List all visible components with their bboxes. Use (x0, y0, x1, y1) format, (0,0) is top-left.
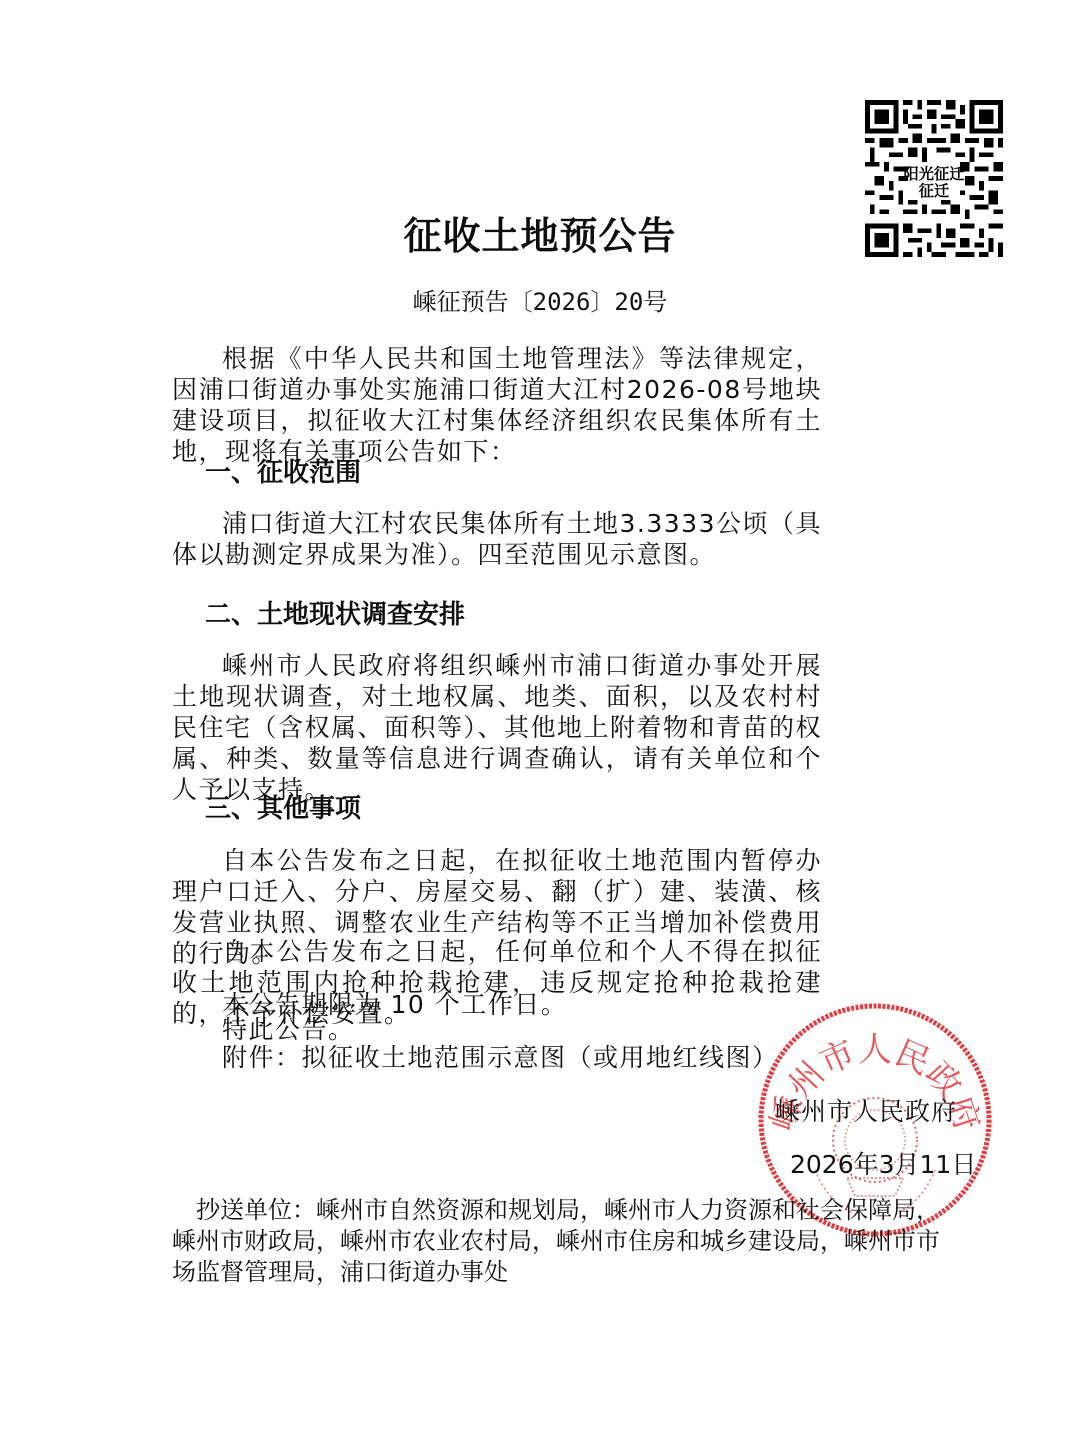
cc-recipients: 抄送单位：嵊州市自然资源和规划局，嵊州市人力资源和社会保障局，嵊州市财政局，嵊州… (172, 1195, 952, 1288)
section-heading-other: 三、其他事项 (205, 788, 361, 825)
survey-paragraph: 嵊州市人民政府将组织嵊州市浦口街道办事处开展土地现状调查，对土地权属、地类、面积… (172, 650, 822, 805)
intro-paragraph: 根据《中华人民共和国土地管理法》等法律规定，因浦口街道办事处实施浦口街道大江村2… (172, 343, 822, 467)
issuer-name: 嵊州市人民政府 (775, 1092, 957, 1128)
issue-date: 2026年3月11日 (790, 1145, 976, 1181)
page-title: 征收土地预公告 (0, 205, 1080, 260)
svg-text:征迁: 征迁 (919, 182, 950, 200)
document-number: 嵊征预告〔2026〕20号 (0, 282, 1080, 317)
svg-text:阳光征迁: 阳光征迁 (904, 165, 966, 183)
cc-label: 抄送单位： (172, 1196, 316, 1224)
section-heading-survey: 二、土地现状调查安排 (205, 594, 465, 631)
scope-paragraph: 浦口街道大江村农民集体所有土地3.3333公顷（具体以勘测定界成果为准）。四至范… (172, 508, 822, 570)
closing-line: 特此公告。 (172, 1014, 822, 1045)
section-heading-scope: 一、征收范围 (205, 452, 361, 489)
